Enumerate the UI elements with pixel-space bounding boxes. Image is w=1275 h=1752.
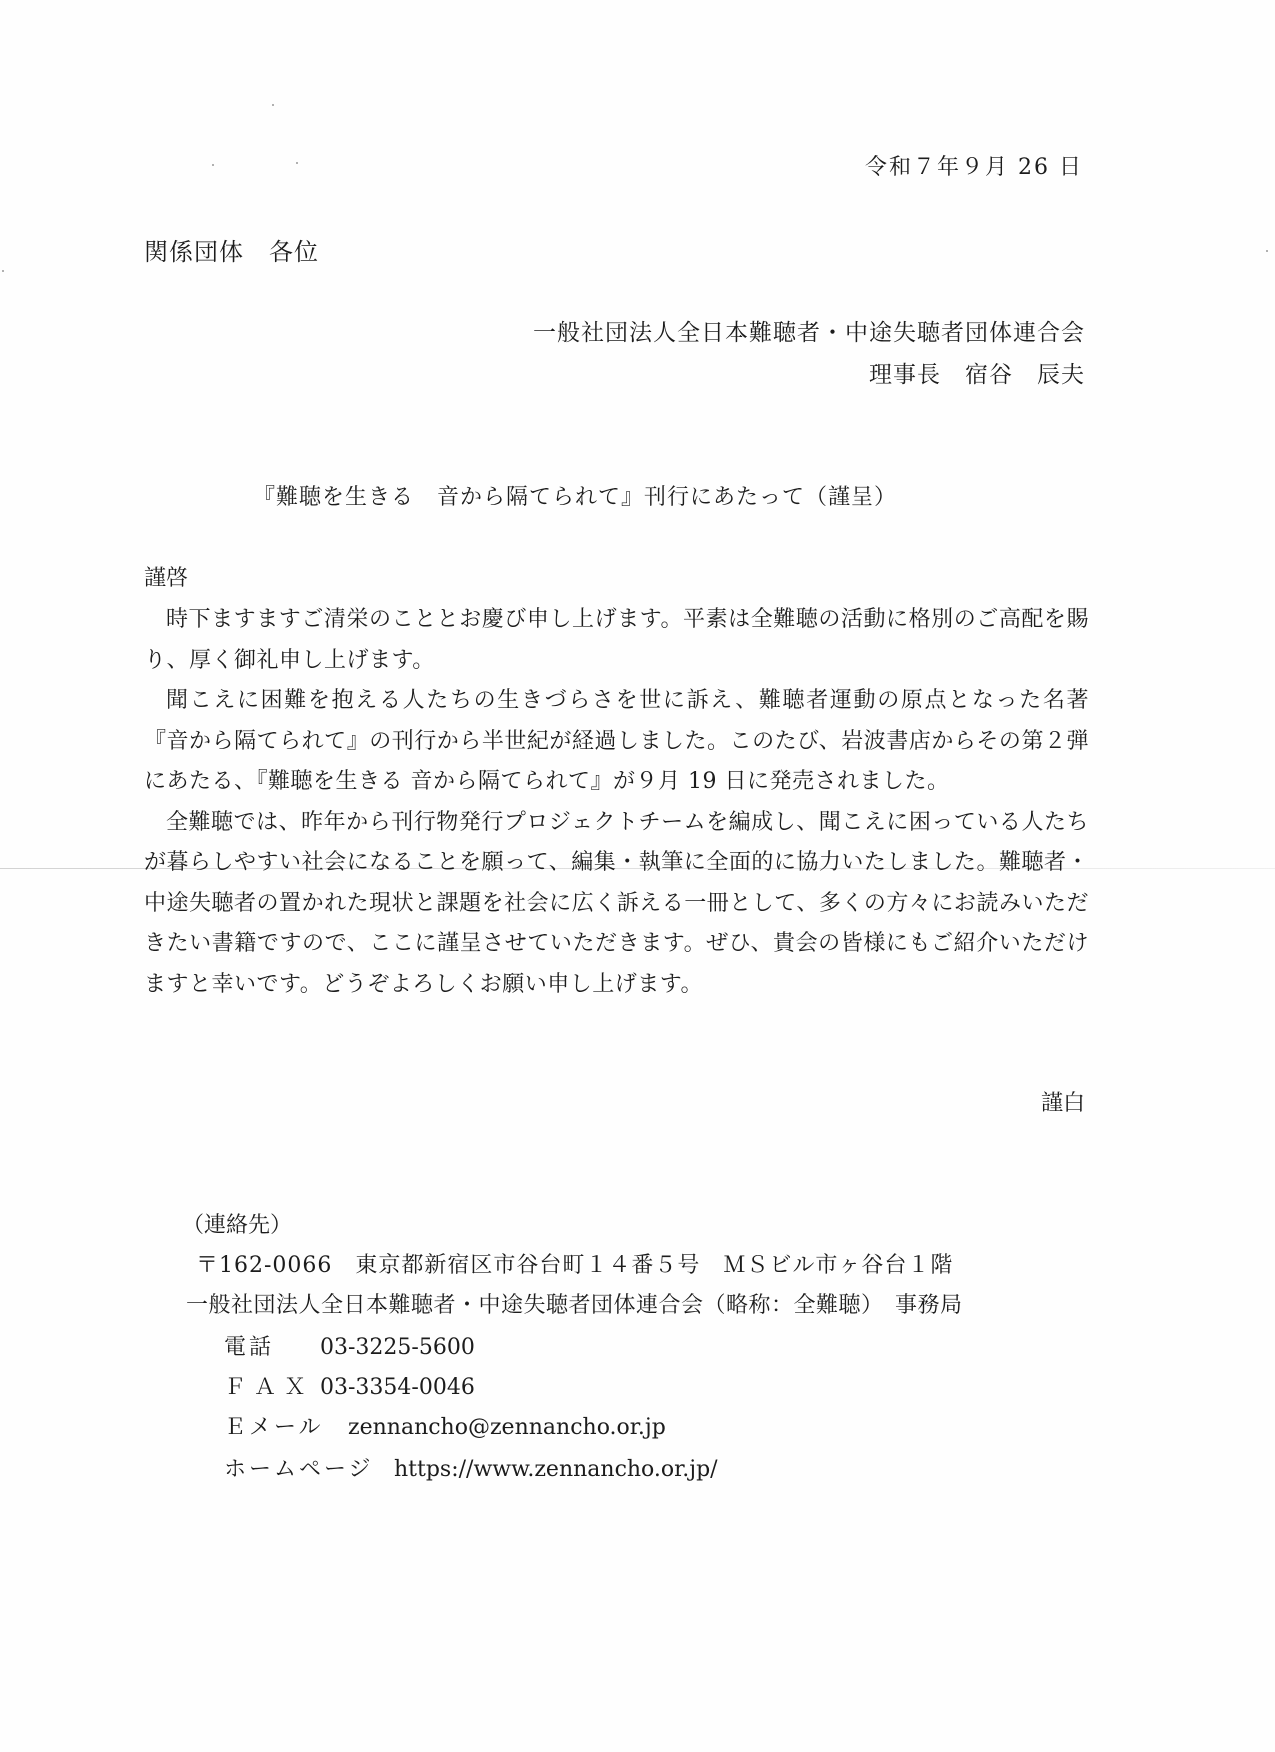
scan-speck bbox=[212, 164, 214, 166]
phone-value: 03-3225-5600 bbox=[320, 1335, 475, 1360]
scan-speck bbox=[1266, 250, 1268, 252]
contact-fax: ＦＡＸ03-3354-0046 bbox=[224, 1370, 475, 1401]
letter-subject: 『難聴を生きる 音から隔てられて』刊行にあたって（謹呈） bbox=[253, 480, 897, 511]
website-value: https://www.zennancho.or.jp/ bbox=[394, 1457, 718, 1482]
contact-website: ホームページhttps://www.zennancho.or.jp/ bbox=[224, 1452, 718, 1483]
sender-name: 理事長 宿谷 辰夫 bbox=[869, 356, 1085, 389]
letter-body: 時下ますますご清栄のこととお慶び申し上げます。平素は全難聴の活動に格別のご高配を… bbox=[144, 600, 1089, 1005]
website-label: ホームページ bbox=[224, 1452, 394, 1483]
scan-speck bbox=[296, 162, 298, 164]
contact-address: 〒162-0066 東京都新宿区市谷台町１４番５号 ＭＳビル市ヶ谷台１階 bbox=[196, 1248, 953, 1279]
email-label: Ｅメール bbox=[224, 1410, 348, 1441]
contact-organization: 一般社団法人全日本難聴者・中途失聴者団体連合会（略称：全難聴） 事務局 bbox=[186, 1288, 963, 1319]
sender-organization: 一般社団法人全日本難聴者・中途失聴者団体連合会 bbox=[533, 314, 1085, 347]
fax-value: 03-3354-0046 bbox=[320, 1375, 475, 1400]
contact-heading: （連絡先） bbox=[182, 1208, 292, 1239]
scanned-letter-page: 令和７年９月 26 日 関係団体 各位 一般社団法人全日本難聴者・中途失聴者団体… bbox=[0, 0, 1275, 1752]
email-value: zennancho@zennancho.or.jp bbox=[348, 1415, 666, 1440]
contact-email: Ｅメールzennancho@zennancho.or.jp bbox=[224, 1410, 666, 1441]
fax-label: ＦＡＸ bbox=[224, 1370, 320, 1401]
body-paragraph: 聞こえに困難を抱える人たちの生きづらさを世に訴え、難聴者運動の原点となった名著『… bbox=[144, 681, 1089, 803]
salutation: 謹啓 bbox=[144, 561, 188, 592]
scan-speck bbox=[2, 270, 4, 272]
addressee: 関係団体 各位 bbox=[144, 232, 319, 267]
phone-label: 電話 bbox=[224, 1330, 320, 1361]
body-paragraph: 全難聴では、昨年から刊行物発行プロジェクトチームを編成し、聞こえに困っている人た… bbox=[144, 803, 1089, 1006]
scan-speck bbox=[272, 104, 274, 106]
letter-date: 令和７年９月 26 日 bbox=[865, 150, 1083, 181]
body-paragraph: 時下ますますご清栄のこととお慶び申し上げます。平素は全難聴の活動に格別のご高配を… bbox=[144, 600, 1089, 681]
contact-phone: 電話03-3225-5600 bbox=[224, 1330, 475, 1361]
closing: 謹白 bbox=[1041, 1086, 1085, 1117]
